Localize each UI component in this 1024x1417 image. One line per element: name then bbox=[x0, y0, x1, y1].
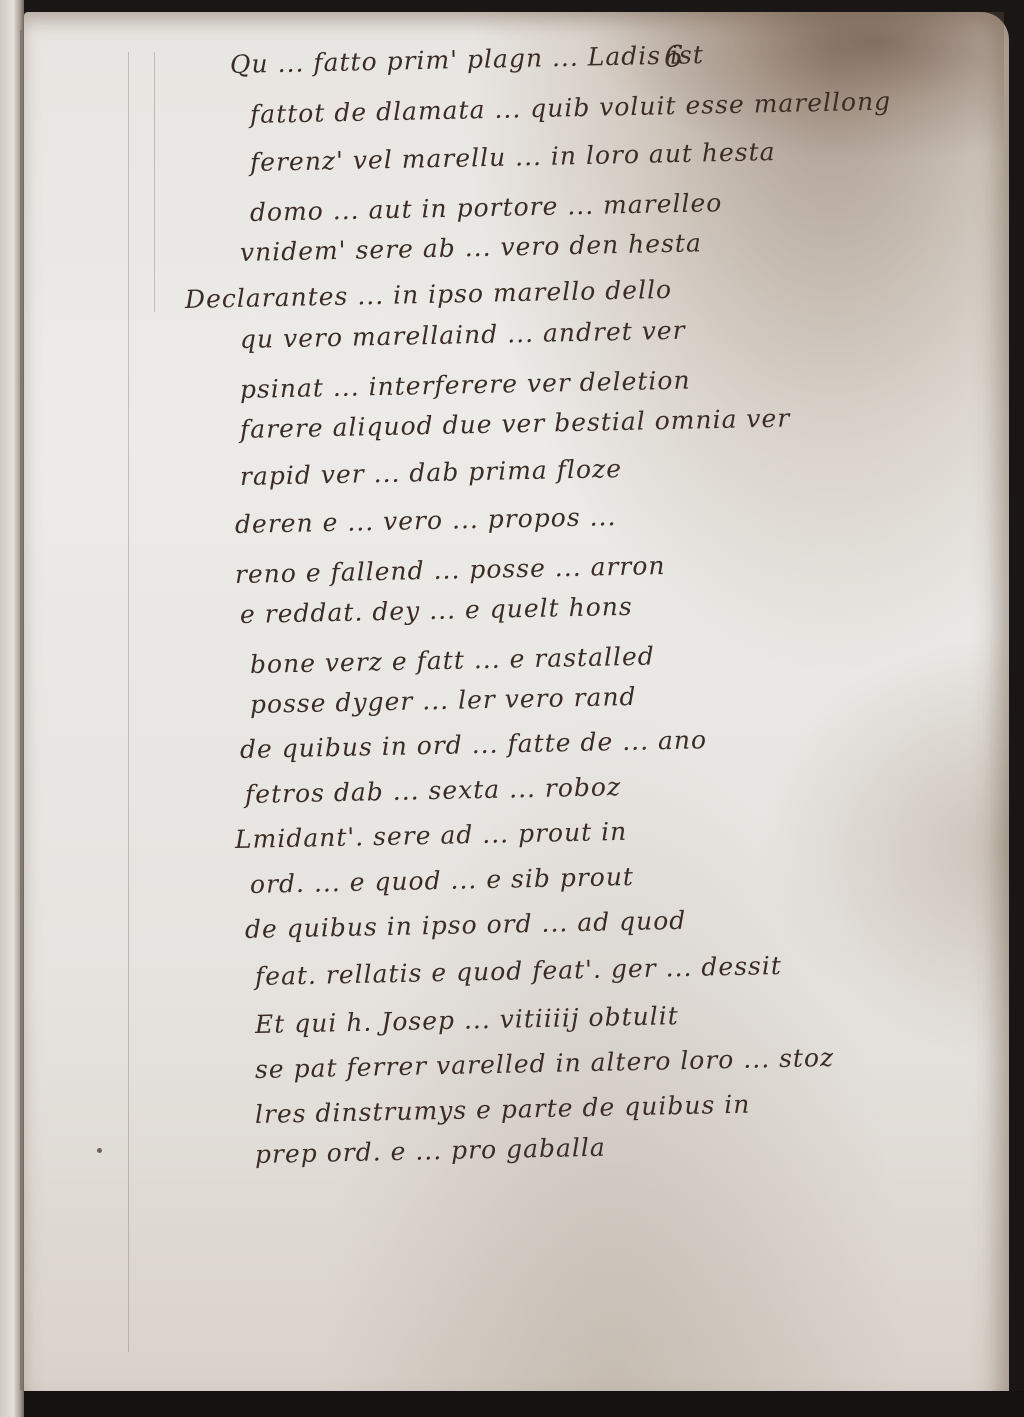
manuscript-line: de quibus in ord ... fatte de ... ano bbox=[240, 725, 708, 764]
manuscript-line: ferenz' vel marellu ... in loro aut hest… bbox=[250, 137, 776, 177]
manuscript-line: feat. rellatis e quod feat'. ger ... des… bbox=[255, 951, 782, 991]
ink-dot bbox=[97, 1148, 102, 1153]
manuscript-page: 6 Qu ... fatto prim' plagn ... Ladis ist… bbox=[24, 12, 1009, 1404]
manuscript-line: reno e fallend ... posse ... arron bbox=[235, 551, 666, 589]
manuscript-line: e reddat. dey ... e quelt hons bbox=[240, 592, 633, 629]
manuscript-line: qu vero marellaind ... andret ver bbox=[240, 316, 686, 354]
manuscript-line: lres dinstrumys e parte de quibus in bbox=[255, 1090, 751, 1129]
manuscript-line: deren e ... vero ... propos ... bbox=[235, 502, 617, 539]
manuscript-line: psinat ... interferere ver deletion bbox=[240, 366, 691, 404]
margin-rule-secondary bbox=[154, 52, 155, 312]
manuscript-line: prep ord. e ... pro gaballa bbox=[255, 1133, 606, 1169]
manuscript-line: fetros dab ... sexta ... roboz bbox=[245, 772, 622, 809]
manuscript-line: domo ... aut in portore ... marelleo bbox=[250, 188, 723, 227]
book-gutter bbox=[20, 30, 22, 1390]
manuscript-line: rapid ver ... dab prima floze bbox=[240, 454, 623, 491]
manuscript-line: ord. ... e quod ... e sib prout bbox=[250, 862, 635, 899]
bottom-shadow bbox=[24, 1391, 1024, 1417]
manuscript-line: de quibus in ipso ord ... ad quod bbox=[245, 906, 687, 944]
manuscript-line: Lmidant'. sere ad ... prout in bbox=[235, 817, 628, 854]
margin-rule bbox=[128, 52, 129, 1352]
manuscript-line: posse dyger ... ler vero rand bbox=[250, 682, 637, 719]
manuscript-line: se pat ferrer varelled in altero loro ..… bbox=[255, 1043, 835, 1084]
manuscript-line: bone verz e fatt ... e rastalled bbox=[250, 642, 655, 679]
manuscript-line: vnidem' sere ab ... vero den hesta bbox=[240, 228, 702, 267]
manuscript-line: Et qui h. Josep ... vitiiiij obtulit bbox=[255, 1001, 679, 1039]
manuscript-line: farere aliquod due ver bestial omnia ver bbox=[240, 403, 791, 444]
manuscript-line: Declarantes ... in ipso marello dello bbox=[185, 275, 673, 314]
